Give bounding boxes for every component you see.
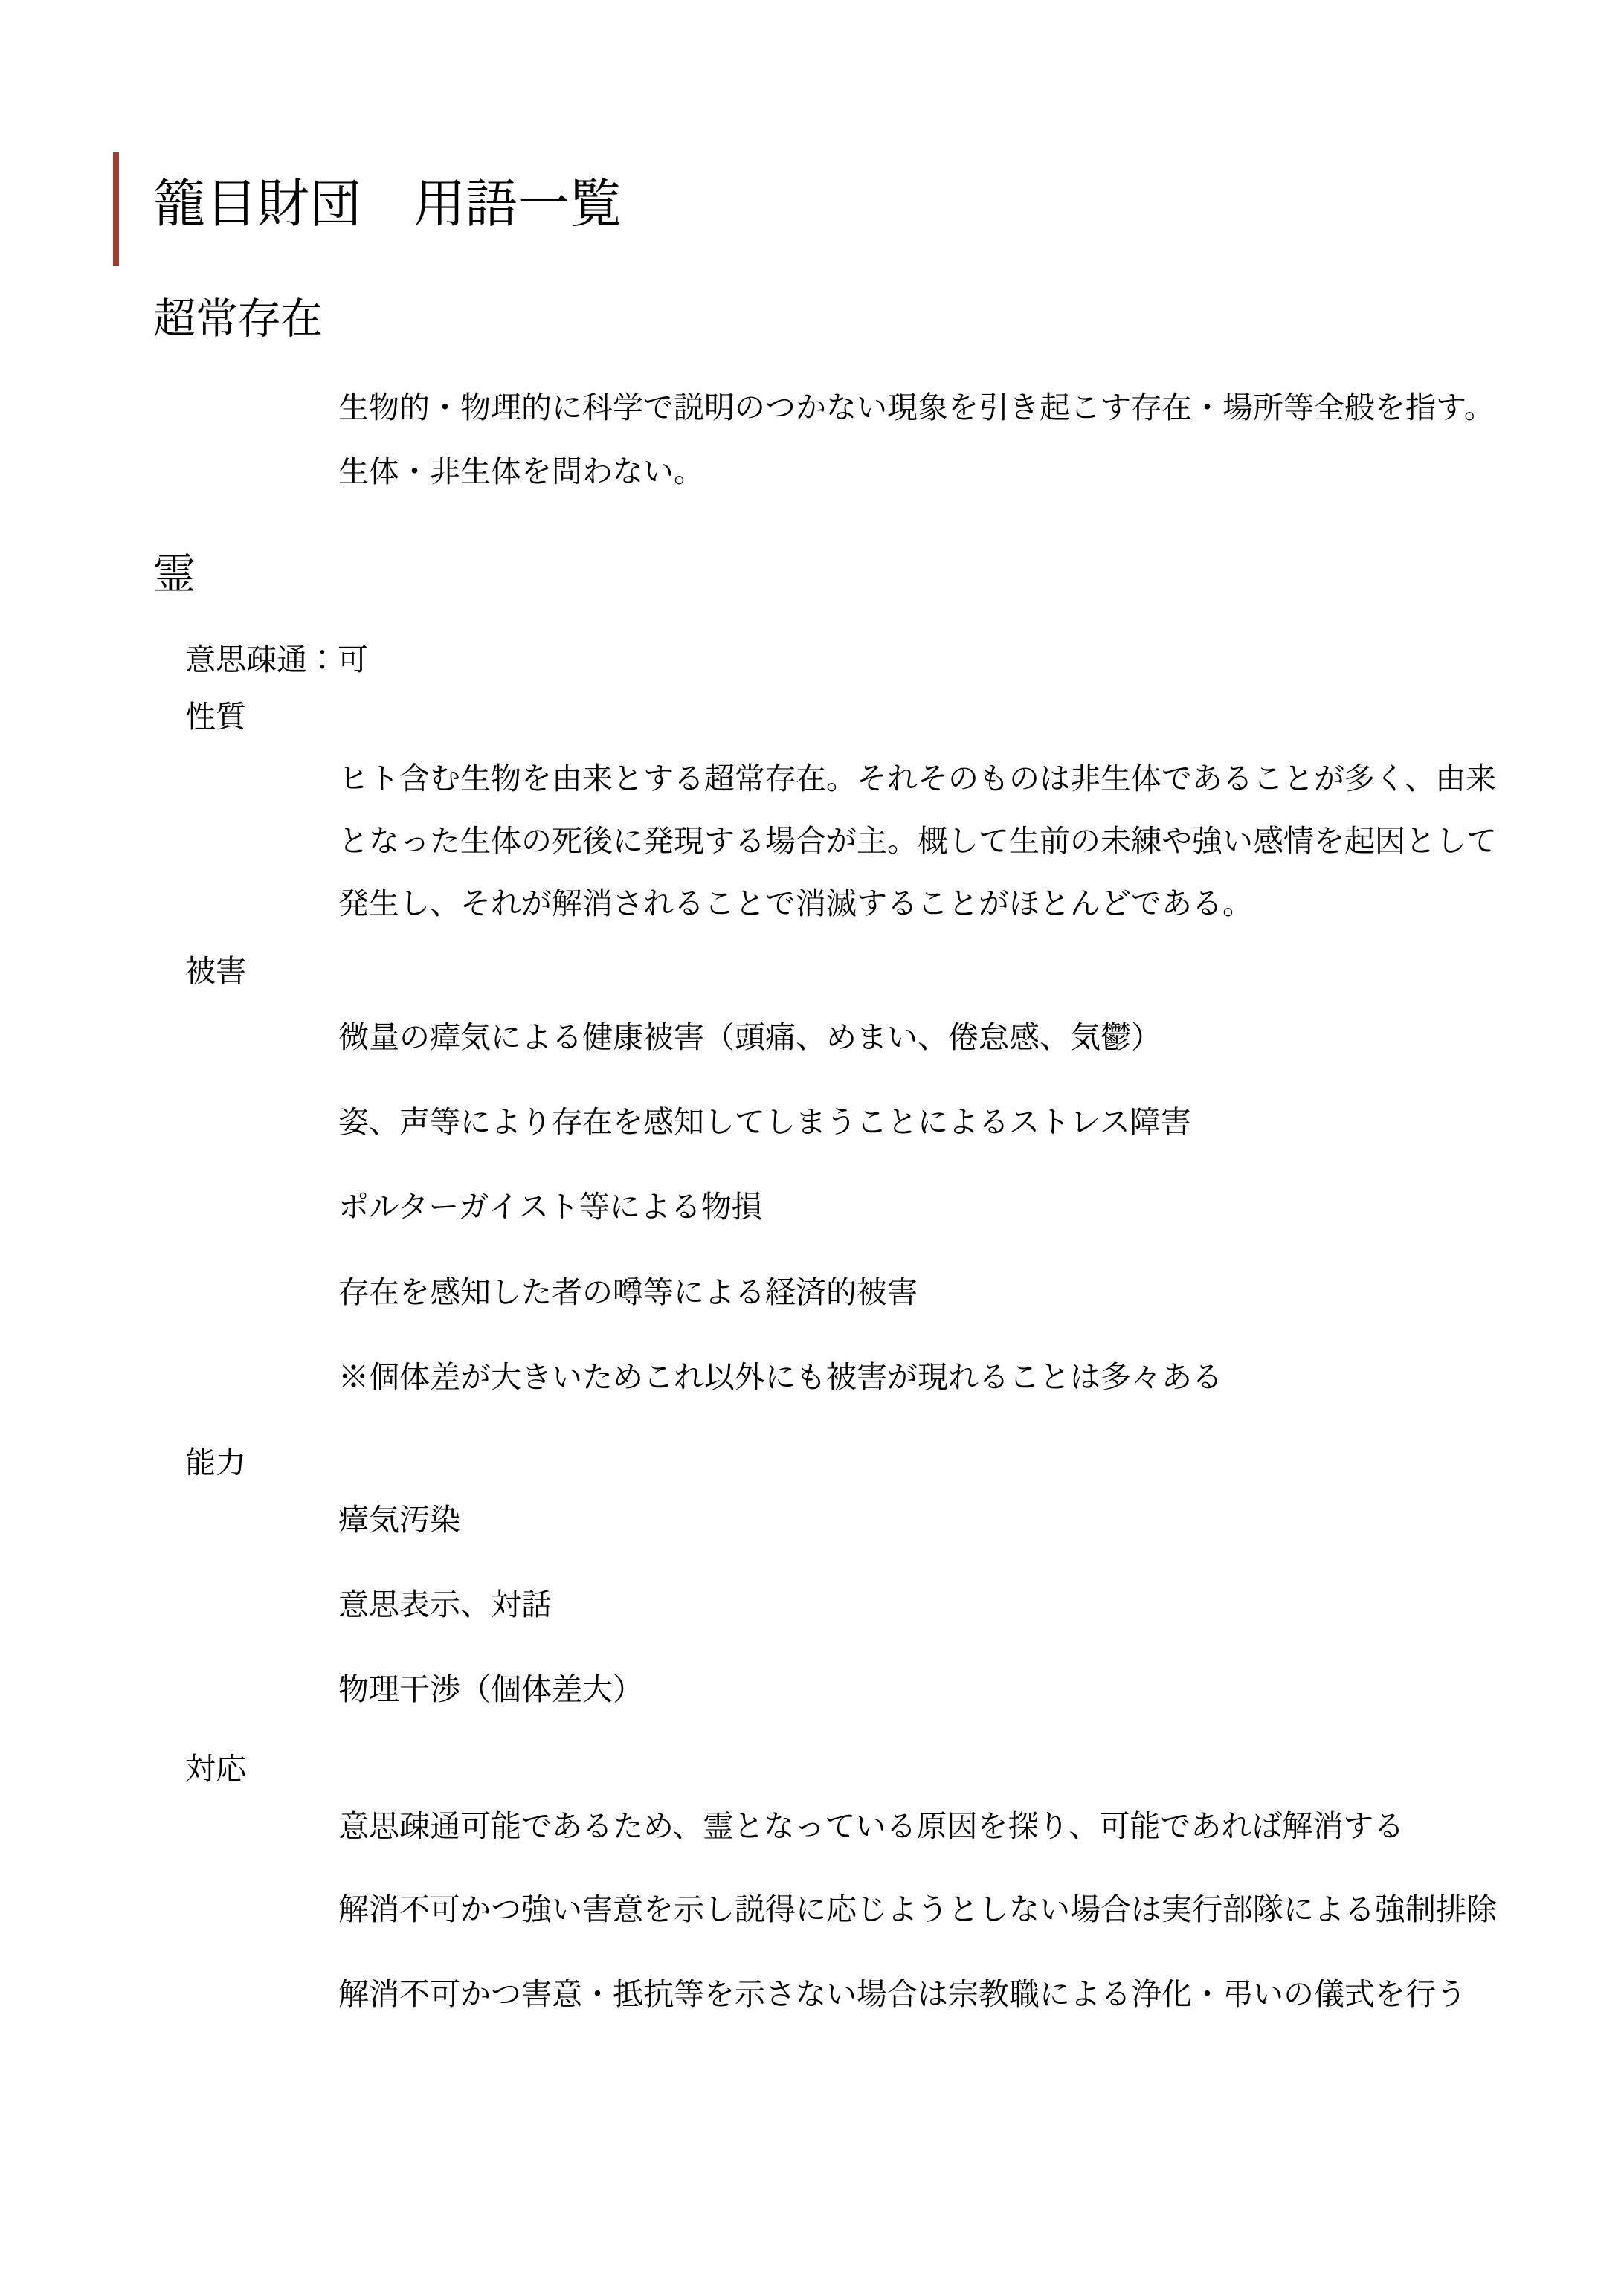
paragraph-line: 生体・非生体を問わない。 xyxy=(338,454,704,489)
list-item: 意思疎通可能であるため、霊となっている原因を探り、可能であれば解消する xyxy=(338,1809,1404,1844)
section-heading-rei: 霊 xyxy=(153,550,196,599)
list-item: ポルターガイスト等による物損 xyxy=(338,1190,762,1225)
subheading-nouryoku: 能力 xyxy=(185,1445,246,1480)
communication-status: 意思疎通：可 xyxy=(185,642,368,677)
list-item: 瘴気汚染 xyxy=(338,1503,460,1538)
list-item: 微量の瘴気による健康被害（頭痛、めまい、倦怠感、気鬱） xyxy=(338,1020,1161,1055)
document-page: 籠目財団 用語一覧 超常存在 生物的・物理的に科学で説明のつかない現象を引き起こ… xyxy=(0,0,1624,2296)
paragraph-line: 生物的・物理的に科学で説明のつかない現象を引き起こす存在・場所等全般を指す。 xyxy=(338,390,1495,425)
list-item-note: ※個体差が大きいためこれ以外にも被害が現れることは多々ある xyxy=(338,1360,1222,1395)
section-heading-chojo-sonzai: 超常存在 xyxy=(153,295,323,344)
subheading-taiou: 対応 xyxy=(185,1752,246,1787)
list-item: 存在を感知した者の噂等による経済的被害 xyxy=(338,1275,918,1310)
list-item: 解消不可かつ強い害意を示し説得に応じようとしない場合は実行部隊による強制排除 xyxy=(338,1892,1497,1927)
title-accent-bar xyxy=(113,152,119,266)
list-item: 物理干渉（個体差大） xyxy=(338,1672,643,1707)
document-title: 籠目財団 用語一覧 xyxy=(153,175,622,236)
list-item: 意思表示、対話 xyxy=(338,1587,552,1622)
paragraph-line: 発生し、それが解消されることで消滅することがほとんどである。 xyxy=(338,886,1253,921)
paragraph-line: ヒト含む生物を由来とする超常存在。それそのものは非生体であることが多く、由来 xyxy=(338,761,1496,796)
list-item: 解消不可かつ害意・抵抗等を示さない場合は宗教職による浄化・弔いの儀式を行う xyxy=(338,1977,1466,2012)
paragraph-line: となった生体の死後に発現する場合が主。概して生前の未練や強い感情を起因として xyxy=(338,824,1497,859)
list-item: 姿、声等により存在を感知してしまうことによるストレス障害 xyxy=(338,1105,1191,1140)
subheading-higai: 被害 xyxy=(185,954,246,989)
subheading-seishitsu: 性質 xyxy=(185,700,246,735)
